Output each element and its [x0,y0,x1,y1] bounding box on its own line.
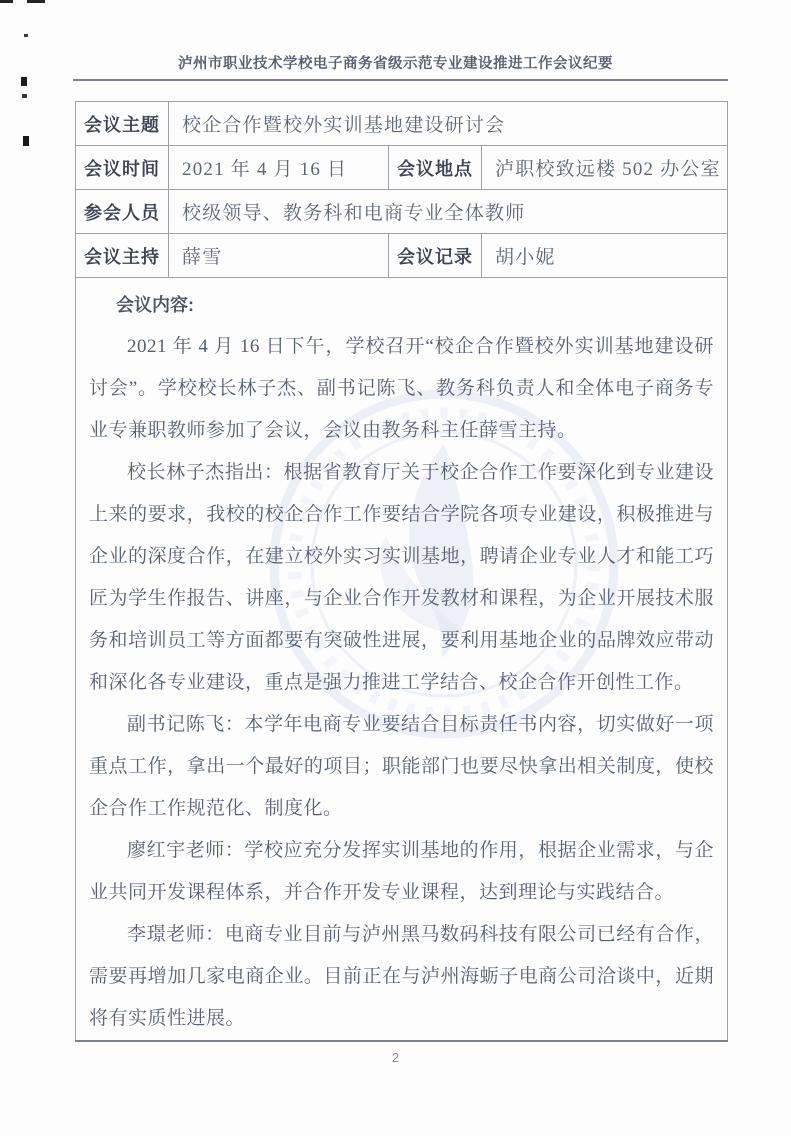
document-title: 泸州市职业技术学校电子商务省级示范专业建设推进工作会议纪要 [0,52,791,73]
table-row-time-location: 会议时间 2021 年 4 月 16 日 会议地点 泸职校致远楼 502 办公室 [76,146,728,190]
meeting-content-cell: 会议内容: 2021 年 4 月 16 日下午，学校召开“校企合作暨校外实训基地… [76,278,728,1042]
table-row-host-recorder: 会议主持 薛雪 会议记录 胡小妮 [76,234,728,278]
scan-artifact [0,0,13,3]
header-rule [73,79,728,81]
scan-artifact [21,77,27,86]
participants-value: 校级领导、教务科和电商专业全体教师 [169,190,728,234]
scan-artifact [24,34,28,37]
participants-label: 参会人员 [76,190,169,234]
scan-artifact [23,136,29,146]
time-label: 会议时间 [76,146,169,190]
table-row-participants: 参会人员 校级领导、教务科和电商专业全体教师 [76,190,728,234]
meeting-minutes-table: 会议主题 校企合作暨校外实训基地建设研讨会 会议时间 2021 年 4 月 16… [75,101,728,1042]
content-paragraph: 2021 年 4 月 16 日下午，学校召开“校企合作暨校外实训基地建设研讨会”… [89,326,714,452]
table-row-topic: 会议主题 校企合作暨校外实训基地建设研讨会 [76,102,728,146]
content-paragraph: 李璟老师：电商专业目前与泸州黑马数码科技有限公司已经有合作，需要再增加几家电商企… [89,914,714,1040]
host-label: 会议主持 [76,234,169,278]
recorder-value: 胡小妮 [482,234,728,278]
scan-artifact [27,0,45,3]
table-row-content: 会议内容: 2021 年 4 月 16 日下午，学校召开“校企合作暨校外实训基地… [76,278,728,1042]
recorder-label: 会议记录 [389,234,482,278]
topic-value: 校企合作暨校外实训基地建设研讨会 [169,102,728,146]
scanned-document-page: 泸州市职业技术学校电子商务省级示范专业建设推进工作会议纪要 会议主题 校企合作暨… [0,0,791,1136]
content-paragraph: 廖红宇老师：学校应充分发挥实训基地的作用，根据企业需求，与企业共同开发课程体系，… [89,830,714,914]
topic-label: 会议主题 [76,102,169,146]
content-paragraph: 副书记陈飞：本学年电商专业要结合目标责任书内容，切实做好一项重点工作，拿出一个最… [89,704,714,830]
content-paragraph: 校长林子杰指出：根据省教育厅关于校企合作工作要深化到专业建设上来的要求，我校的校… [89,452,714,704]
location-label: 会议地点 [389,146,482,190]
host-value: 薛雪 [169,234,389,278]
scan-artifact [22,94,27,98]
time-value: 2021 年 4 月 16 日 [169,146,389,190]
content-heading: 会议内容: [89,284,714,326]
location-value: 泸职校致远楼 502 办公室 [482,146,728,190]
page-number: 2 [0,1050,791,1065]
